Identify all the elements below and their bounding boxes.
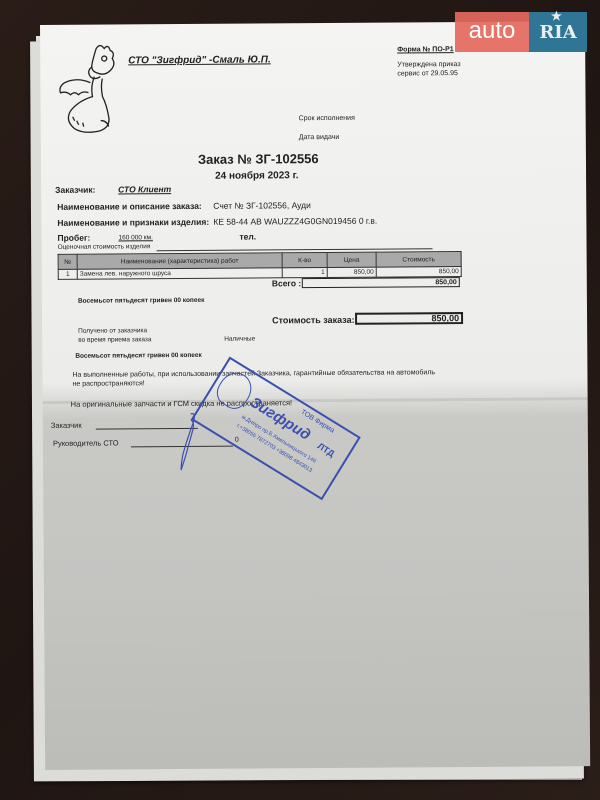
received-label-line2: во время приема заказа (78, 336, 151, 344)
phone-label: тел. (239, 231, 256, 241)
company-name: СТО "Зигфрид" -Смаль Ю.П. (128, 54, 271, 66)
form-number: Форма № ПО-Р1 (397, 46, 454, 53)
total-value: 850,00 (302, 277, 460, 288)
order-description-label: Наименование и описание заказа: (57, 201, 202, 212)
order-cost-label: Стоимость заказа: (272, 315, 355, 326)
manager-signature-label: Руководитель СТО (53, 438, 119, 447)
col-cost: Стоимость (376, 252, 461, 268)
amount-in-words: Восемьсот пятьдесят гривен 00 копеек (78, 297, 204, 305)
amount-in-words-received: Восемьсот пятьдесят гривен 00 копеек (75, 352, 201, 360)
customer-label: Заказчик: (55, 185, 95, 195)
watermark-ria: ★ RIA (529, 12, 587, 52)
star-icon: ★ (551, 6, 562, 26)
order-description-value: Счет № ЗГ-102556, Ауди (213, 200, 311, 211)
autoria-watermark: auto ★ RIA (455, 12, 587, 52)
works-table: № Наименование (характеристика) работ К-… (58, 251, 462, 280)
dragon-logo-icon (54, 40, 125, 135)
received-label-line1: Получено от заказчика (78, 327, 147, 334)
approval-note: Утверждена приказ сервис от 29.05.95 (397, 60, 477, 79)
row-work-name: Замена лев. наружного шруса (77, 268, 282, 279)
col-number: № (58, 254, 77, 269)
row-number: 1 (58, 269, 77, 279)
order-document: СТО "Зигфрид" -Смаль Ю.П. Форма № ПО-Р1 … (40, 21, 590, 770)
col-price: Цена (327, 252, 376, 267)
mileage-value: 160 000 км. (118, 234, 152, 241)
watermark-auto: auto (455, 12, 529, 52)
col-work-name: Наименование (характеристика) работ (77, 253, 282, 269)
order-date: 24 ноября 2023 г. (215, 170, 299, 182)
row-cost: 850,00 (376, 267, 461, 278)
stamp-suffix: ЛТД (316, 441, 337, 459)
col-quantity: К-во (282, 253, 327, 268)
row-quantity: 1 (282, 268, 327, 278)
order-title: Заказ № ЗГ-102556 (198, 151, 319, 167)
order-cost-value: 850,00 (355, 312, 463, 325)
payment-method: Наличные (224, 336, 255, 343)
deadline-label: Срок исполнения (299, 115, 355, 122)
item-value: КЕ 58-44 АВ WAUZZZ4G0GN019456 0 г.в. (213, 216, 377, 227)
estimated-value-label: Оценочная стоимость изделия (58, 243, 151, 251)
customer-signature-label: Заказчик (51, 421, 82, 430)
mileage-label: Пробег: (57, 233, 90, 243)
total-label: Всего : (272, 278, 301, 288)
issue-date-label: Дата видачи (299, 134, 340, 141)
customer-value: СТО Клиент (118, 184, 171, 194)
row-price: 850,00 (327, 267, 376, 277)
item-label: Наименование и признаки изделия: (57, 217, 209, 228)
